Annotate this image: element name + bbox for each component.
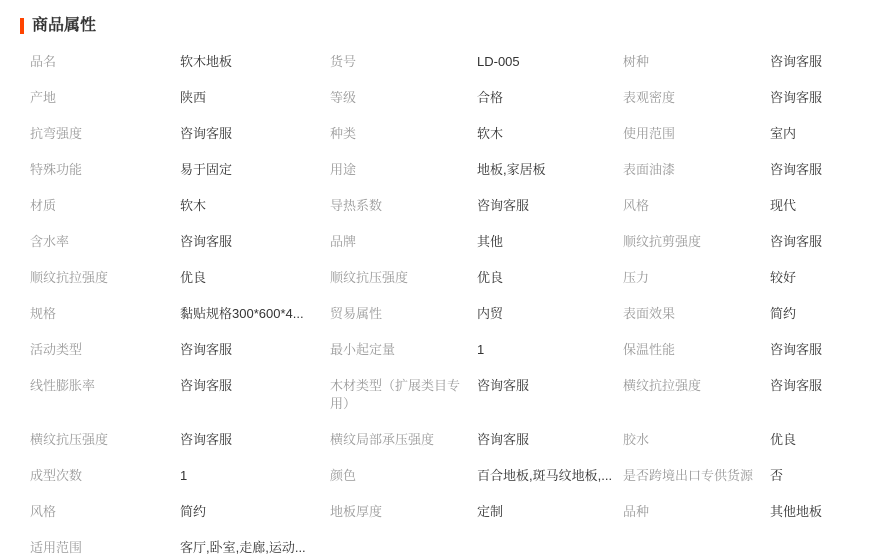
- attribute-value: 优良: [477, 260, 623, 296]
- attribute-label: 用途: [330, 152, 477, 188]
- attribute-value: 1: [477, 332, 623, 368]
- attribute-label: 风格: [623, 188, 770, 224]
- attribute-value: 客厅,卧室,走廊,运动...: [180, 530, 330, 559]
- product-attributes-page: 商品属性 品名软木地板货号LD-005树种咨询客服产地陕西等级合格表观密度咨询客…: [0, 0, 880, 559]
- attribute-row: 材质软木导热系数咨询客服风格现代: [30, 188, 860, 224]
- attribute-row: 含水率咨询客服品牌其他顺纹抗剪强度咨询客服: [30, 224, 860, 260]
- attribute-value: 软木地板: [180, 44, 330, 80]
- attribute-label: 地板厚度: [330, 494, 477, 530]
- attribute-label: 抗弯强度: [30, 116, 180, 152]
- attribute-label: 等级: [330, 80, 477, 116]
- attribute-row: 成型次数1颜色百合地板,斑马纹地板,...是否跨境出口专供货源否: [30, 458, 860, 494]
- attribute-value: 室内: [770, 116, 860, 152]
- attribute-label: 风格: [30, 494, 180, 530]
- attribute-label: 贸易属性: [330, 296, 477, 332]
- attribute-row: 产地陕西等级合格表观密度咨询客服: [30, 80, 860, 116]
- attribute-label: 品牌: [330, 224, 477, 260]
- attribute-label: 品种: [623, 494, 770, 530]
- attribute-label: 特殊功能: [30, 152, 180, 188]
- attribute-label: 成型次数: [30, 458, 180, 494]
- attribute-value: 现代: [770, 188, 860, 224]
- attribute-value: 合格: [477, 80, 623, 116]
- attribute-label: 横纹抗拉强度: [623, 368, 770, 404]
- attribute-value: 1: [180, 458, 330, 494]
- attribute-label: 导热系数: [330, 188, 477, 224]
- attribute-row: 抗弯强度咨询客服种类软木使用范围室内: [30, 116, 860, 152]
- attribute-label: 顺纹抗剪强度: [623, 224, 770, 260]
- attribute-value: 软木: [180, 188, 330, 224]
- attribute-label: 表面油漆: [623, 152, 770, 188]
- attribute-label: 压力: [623, 260, 770, 296]
- attribute-label: 使用范围: [623, 116, 770, 152]
- attribute-value: 咨询客服: [770, 332, 860, 368]
- attribute-label: [623, 530, 770, 548]
- attribute-value: [770, 530, 860, 548]
- attribute-label: [330, 530, 477, 548]
- attribute-value: 内贸: [477, 296, 623, 332]
- section-header: 商品属性: [0, 0, 880, 36]
- attribute-label: 材质: [30, 188, 180, 224]
- attribute-row: 活动类型咨询客服最小起定量1保温性能咨询客服: [30, 332, 860, 368]
- attribute-value: 优良: [180, 260, 330, 296]
- attribute-label: 树种: [623, 44, 770, 80]
- attribute-label: 木材类型（扩展类目专用）: [330, 368, 477, 422]
- attribute-value: 软木: [477, 116, 623, 152]
- accent-bar-icon: [20, 18, 24, 34]
- attribute-label: 是否跨境出口专供货源: [623, 458, 770, 494]
- attribute-label: 颜色: [330, 458, 477, 494]
- attribute-value: 黏贴规格300*600*4...: [180, 296, 330, 332]
- attribute-value: 咨询客服: [477, 188, 623, 224]
- attribute-row: 风格简约地板厚度定制品种其他地板: [30, 494, 860, 530]
- attribute-value: 咨询客服: [180, 368, 330, 404]
- attribute-value: 百合地板,斑马纹地板,...: [477, 458, 623, 494]
- attribute-value: 咨询客服: [770, 152, 860, 188]
- attribute-value: 简约: [770, 296, 860, 332]
- attribute-row: 顺纹抗拉强度优良顺纹抗压强度优良压力较好: [30, 260, 860, 296]
- attribute-label: 顺纹抗压强度: [330, 260, 477, 296]
- attribute-value: 其他: [477, 224, 623, 260]
- attribute-value: [477, 530, 623, 548]
- attribute-value: 咨询客服: [180, 422, 330, 458]
- attribute-label: 横纹局部承压强度: [330, 422, 477, 458]
- attribute-value: 咨询客服: [477, 422, 623, 458]
- attribute-row: 规格黏贴规格300*600*4...贸易属性内贸表面效果简约: [30, 296, 860, 332]
- attribute-label: 保温性能: [623, 332, 770, 368]
- attribute-label: 活动类型: [30, 332, 180, 368]
- section-title: 商品属性: [32, 16, 96, 36]
- attribute-row: 特殊功能易于固定用途地板,家居板表面油漆咨询客服: [30, 152, 860, 188]
- attribute-value: 简约: [180, 494, 330, 530]
- attribute-row: 品名软木地板货号LD-005树种咨询客服: [30, 44, 860, 80]
- attribute-value: 否: [770, 458, 860, 494]
- attribute-value: 咨询客服: [477, 368, 623, 404]
- attribute-row: 线性膨胀率咨询客服木材类型（扩展类目专用）咨询客服横纹抗拉强度咨询客服: [30, 368, 860, 422]
- attribute-label: 横纹抗压强度: [30, 422, 180, 458]
- attribute-value: 其他地板: [770, 494, 860, 530]
- attribute-value: 定制: [477, 494, 623, 530]
- attribute-label: 最小起定量: [330, 332, 477, 368]
- attribute-value: 咨询客服: [770, 44, 860, 80]
- attribute-value: LD-005: [477, 44, 623, 80]
- attribute-label: 品名: [30, 44, 180, 80]
- attribute-row: 适用范围客厅,卧室,走廊,运动...: [30, 530, 860, 559]
- attribute-value: 陕西: [180, 80, 330, 116]
- attribute-label: 适用范围: [30, 530, 180, 559]
- attribute-label: 货号: [330, 44, 477, 80]
- attribute-value: 咨询客服: [770, 224, 860, 260]
- attribute-label: 胶水: [623, 422, 770, 458]
- attribute-value: 咨询客服: [180, 116, 330, 152]
- attribute-value: 地板,家居板: [477, 152, 623, 188]
- attribute-value: 咨询客服: [770, 368, 860, 404]
- attribute-label: 种类: [330, 116, 477, 152]
- attribute-label: 表观密度: [623, 80, 770, 116]
- attribute-label: 产地: [30, 80, 180, 116]
- attribute-value: 咨询客服: [180, 224, 330, 260]
- attribute-row: 横纹抗压强度咨询客服横纹局部承压强度咨询客服胶水优良: [30, 422, 860, 458]
- attribute-label: 表面效果: [623, 296, 770, 332]
- attribute-value: 优良: [770, 422, 860, 458]
- attribute-value: 易于固定: [180, 152, 330, 188]
- attribute-label: 顺纹抗拉强度: [30, 260, 180, 296]
- attribute-label: 线性膨胀率: [30, 368, 180, 404]
- attribute-label: 规格: [30, 296, 180, 332]
- attribute-value: 咨询客服: [770, 80, 860, 116]
- attribute-label: 含水率: [30, 224, 180, 260]
- attribute-value: 咨询客服: [180, 332, 330, 368]
- attribute-value: 较好: [770, 260, 860, 296]
- attributes-table: 品名软木地板货号LD-005树种咨询客服产地陕西等级合格表观密度咨询客服抗弯强度…: [0, 44, 880, 559]
